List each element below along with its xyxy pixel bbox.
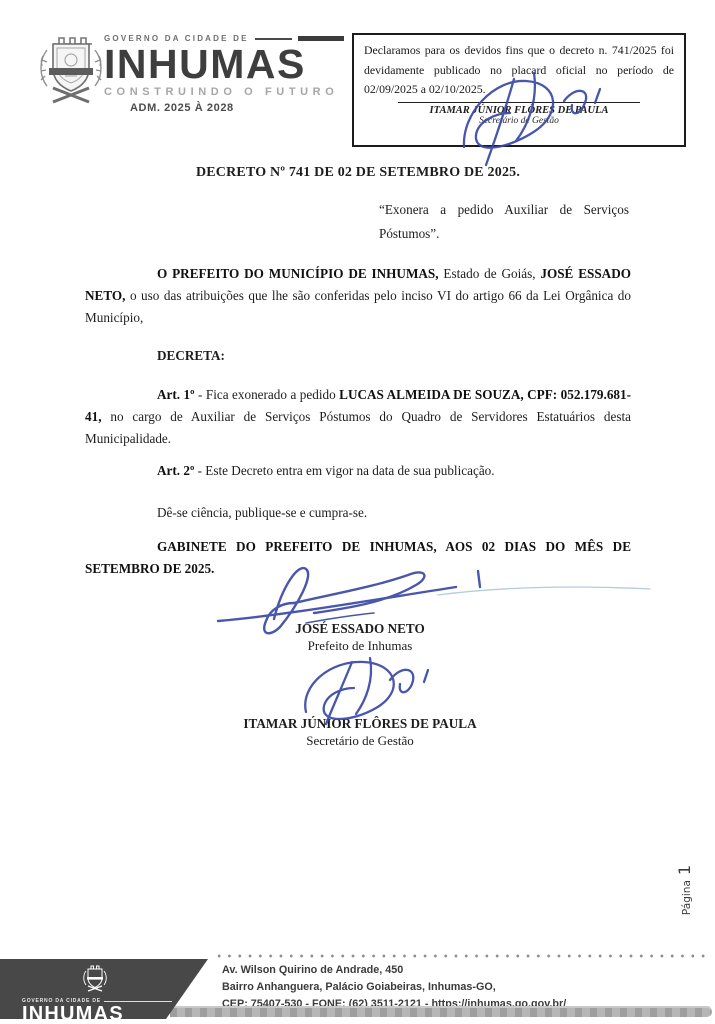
footer-dotted-divider: [214, 953, 712, 959]
secretario-name: ITAMAR JÚNIOR FLÔRES DE PAULA: [160, 716, 560, 732]
declaration-text: Declaramos para os devidos fins que o de…: [364, 41, 674, 100]
gabinete-text: GABINETE DO PREFEITO DE INHUMAS, AOS 02 …: [85, 539, 631, 576]
article-1-rest: no cargo de Auxiliar de Serviços Póstumo…: [85, 409, 631, 446]
header-logo: GOVERNO DA CIDADE DE INHUMAS CONSTRUINDO…: [104, 34, 344, 114]
article-2-label: Art. 2º: [157, 463, 194, 478]
footer-address-line1: Av. Wilson Quirino de Andrade, 450: [222, 962, 702, 979]
preamble-rest: o uso das atribuições que lhe são confer…: [85, 288, 631, 325]
divider: [104, 1001, 172, 1002]
page-number-label: Página 1: [675, 847, 701, 933]
publication-declaration-box: Declaramos para os devidos fins que o de…: [352, 33, 686, 147]
secretario-title: Secretário de Gestão: [160, 733, 560, 749]
page-number: 1: [675, 865, 694, 875]
decree-title: DECRETO Nº 741 DE 02 DE SETEMBRO DE 2025…: [85, 165, 631, 181]
article-2-rest: - Este Decreto entra em vigor na data de…: [194, 463, 494, 478]
preamble-bold-1: O PREFEITO DO MUNICÍPIO DE INHUMAS,: [157, 266, 439, 281]
article-1-label: Art. 1º: [157, 387, 195, 402]
decree-ementa: “Exonera a pedido Auxiliar de Serviços P…: [379, 198, 629, 246]
article-1-paragraph: Art. 1º - Fica exonerado a pedido LUCAS …: [85, 384, 631, 450]
signature-block-secretario: ITAMAR JÚNIOR FLÔRES DE PAULA Secretário…: [160, 716, 560, 749]
declaration-signer-title: Secretário de Gestão: [364, 116, 674, 126]
signature-line: [398, 102, 640, 103]
divider: [255, 38, 292, 40]
coat-of-arms-icon: [33, 28, 109, 113]
decreta-heading: DECRETA:: [85, 345, 631, 367]
gabinete-paragraph: GABINETE DO PREFEITO DE INHUMAS, AOS 02 …: [85, 536, 631, 580]
document-page: GOVERNO DA CIDADE DE INHUMAS CONSTRUINDO…: [0, 0, 715, 1024]
logo-tagline: CONSTRUINDO O FUTURO: [104, 86, 344, 98]
prefeito-name: JOSÉ ESSADO NETO: [160, 621, 560, 637]
footer-address-line2: Bairro Anhanguera, Palácio Goiabeiras, I…: [222, 979, 702, 996]
footer-stripe-bar: [170, 1006, 712, 1017]
preamble-paragraph: O PREFEITO DO MUNICÍPIO DE INHUMAS, Esta…: [85, 263, 631, 329]
preamble-mid: Estado de Goiás,: [439, 266, 541, 281]
article-1-pre: - Fica exonerado a pedido: [195, 387, 340, 402]
page-word: Página: [681, 880, 693, 915]
signature-block-prefeito: JOSÉ ESSADO NETO Prefeito de Inhumas: [160, 621, 560, 654]
logo-adm: ADM. 2025 À 2028: [130, 102, 344, 114]
footer-coat-of-arms-icon: [80, 962, 172, 997]
article-2-paragraph: Art. 2º - Este Decreto entra em vigor na…: [85, 460, 631, 482]
declaration-signer-name: ITAMAR JÚNIOR FLÔRES DE PAULA: [364, 105, 674, 116]
prefeito-title: Prefeito de Inhumas: [160, 638, 560, 654]
footer-logo-city-name: INHUMAS: [22, 1004, 172, 1024]
logo-city-name: INHUMAS: [104, 44, 344, 84]
decree-body: DECRETO Nº 741 DE 02 DE SETEMBRO DE 2025…: [85, 165, 631, 580]
closing-paragraph: Dê-se ciência, publique-se e cumpra-se.: [85, 502, 631, 524]
